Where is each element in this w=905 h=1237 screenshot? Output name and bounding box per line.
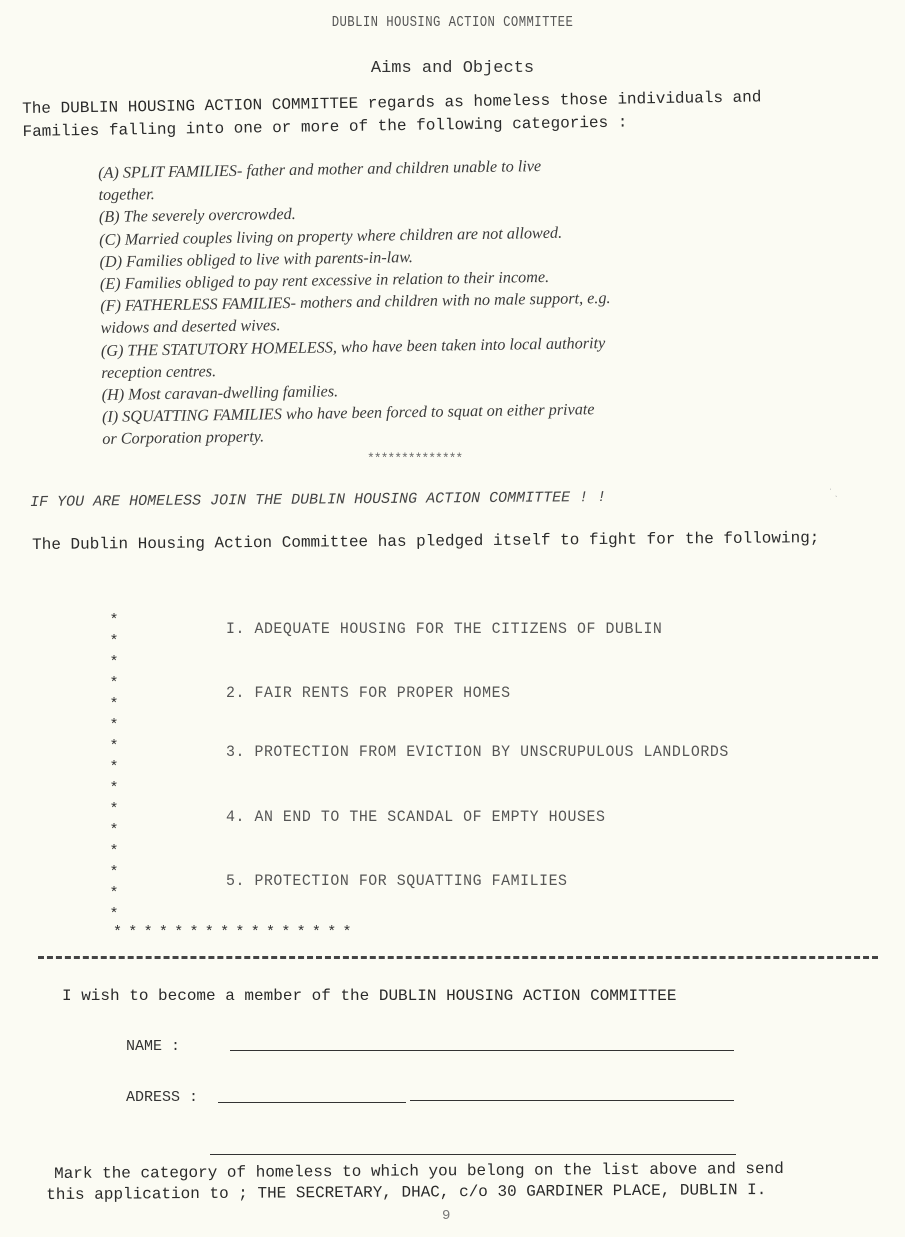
document-subtitle: Aims and Objects — [0, 59, 905, 78]
goal-item: 2. FAIR RENTS FOR PROPER HOMES — [226, 684, 511, 702]
address-underline — [410, 1100, 734, 1101]
name-underline — [230, 1050, 734, 1051]
goal-item: 4. AN END TO THE SCANDAL OF EMPTY HOUSES — [226, 808, 605, 826]
address-field[interactable] — [218, 1081, 734, 1101]
star-separator: ************** — [367, 451, 462, 466]
address-underline-2 — [210, 1154, 736, 1155]
goal-item: I. ADEQUATE HOUSING FOR THE CITIZENS OF … — [226, 620, 662, 638]
name-label: NAME : — [126, 1038, 180, 1055]
name-field[interactable] — [230, 1030, 734, 1050]
homeless-categories-list: (A) SPLIT FAMILIES- father and mother an… — [98, 154, 613, 451]
address-underline — [218, 1102, 406, 1103]
address-label: ADRESS : — [126, 1089, 198, 1106]
star-border-row: **************** — [113, 924, 358, 941]
stray-mark: ˈˎ — [828, 488, 839, 498]
pledge-intro: The Dublin Housing Action Committee has … — [32, 529, 819, 554]
join-call: IF YOU ARE HOMELESS JOIN THE DUBLIN HOUS… — [30, 489, 606, 511]
star-border-column: * * * * * * * * * * * * * * * — [107, 610, 121, 925]
page-number: 9 — [442, 1208, 450, 1224]
goal-item: 3. PROTECTION FROM EVICTION BY UNSCRUPUL… — [226, 743, 729, 761]
goal-item: 5. PROTECTION FOR SQUATTING FAMILIES — [226, 872, 568, 890]
address-field-line-2[interactable] — [210, 1133, 736, 1153]
tear-off-line — [38, 956, 878, 959]
document-page: DUBLIN HOUSING ACTION COMMITTEE Aims and… — [0, 0, 905, 1237]
document-title: DUBLIN HOUSING ACTION COMMITTEE — [81, 14, 823, 31]
instructions-line: this application to ; THE SECRETARY, DHA… — [46, 1180, 784, 1206]
submission-instructions: Mark the category of homeless to which y… — [54, 1159, 784, 1206]
membership-heading: I wish to become a member of the DUBLIN … — [62, 987, 677, 1005]
intro-paragraph: The DUBLIN HOUSING ACTION COMMITTEE rega… — [22, 86, 762, 144]
